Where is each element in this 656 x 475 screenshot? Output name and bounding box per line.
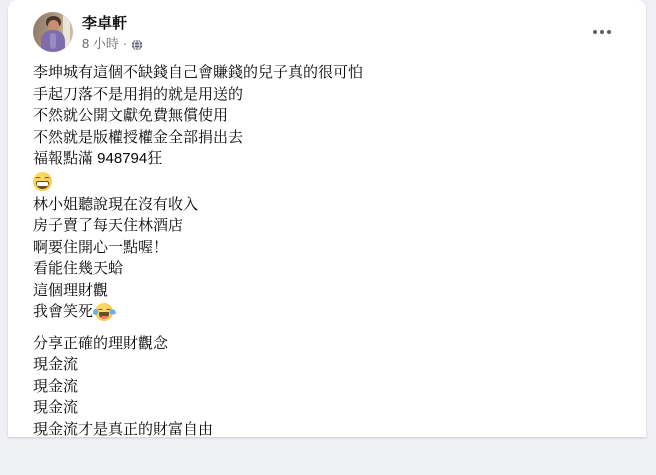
avatar[interactable] [33,12,73,52]
post-text-line: 李坤城有這個不缺錢自己會賺錢的兒子真的很可怕 [33,62,621,84]
post-text-line: 不然就是版權授權金全部捐出去 [33,127,621,149]
beaming-face-emoji-icon [33,172,52,191]
post-text-line: 不然就公開文獻免費無償使用 [33,105,621,127]
post-text-line: 房子賣了每天住林酒店 [33,215,621,237]
post-text-line: 我會笑死 [33,301,621,323]
more-options-button[interactable] [588,22,616,42]
post-text-segment: 我會笑死 [33,301,93,323]
ellipsis-icon [600,30,604,34]
post-text-line: 福報點滿 948794狂 [33,148,621,170]
post-text-line: 這個理財觀 [33,280,621,302]
post-text-line [33,170,621,194]
avatar-person-body [41,30,65,52]
ellipsis-icon [607,30,611,34]
meta-separator: · [123,36,127,52]
facebook-post-card: 李卓軒 8 小時 · 李坤城有這個不缺錢自己會賺錢的兒子真的很 [8,0,646,437]
tears-of-joy-emoji-icon [95,303,113,321]
post-meta: 8 小時 · [82,36,143,52]
header-text: 李卓軒 8 小時 · [82,12,143,52]
timestamp[interactable]: 8 小時 [82,36,119,52]
post-text-line: 林小姐聽說現在沒有收入 [33,194,621,216]
post-text-line: 手起刀落不是用捐的就是用送的 [33,84,621,106]
globe-public-icon [131,39,143,51]
author-name[interactable]: 李卓軒 [82,14,143,33]
post-header: 李卓軒 8 小時 · [8,0,646,52]
post-body: 李坤城有這個不缺錢自己會賺錢的兒子真的很可怕 手起刀落不是用捐的就是用送的 不然… [8,52,646,437]
post-text-line: 看能住幾天蛤 [33,258,621,280]
post-text-line: 啊要住開心一點喔！ [33,237,621,259]
ellipsis-icon [593,30,597,34]
